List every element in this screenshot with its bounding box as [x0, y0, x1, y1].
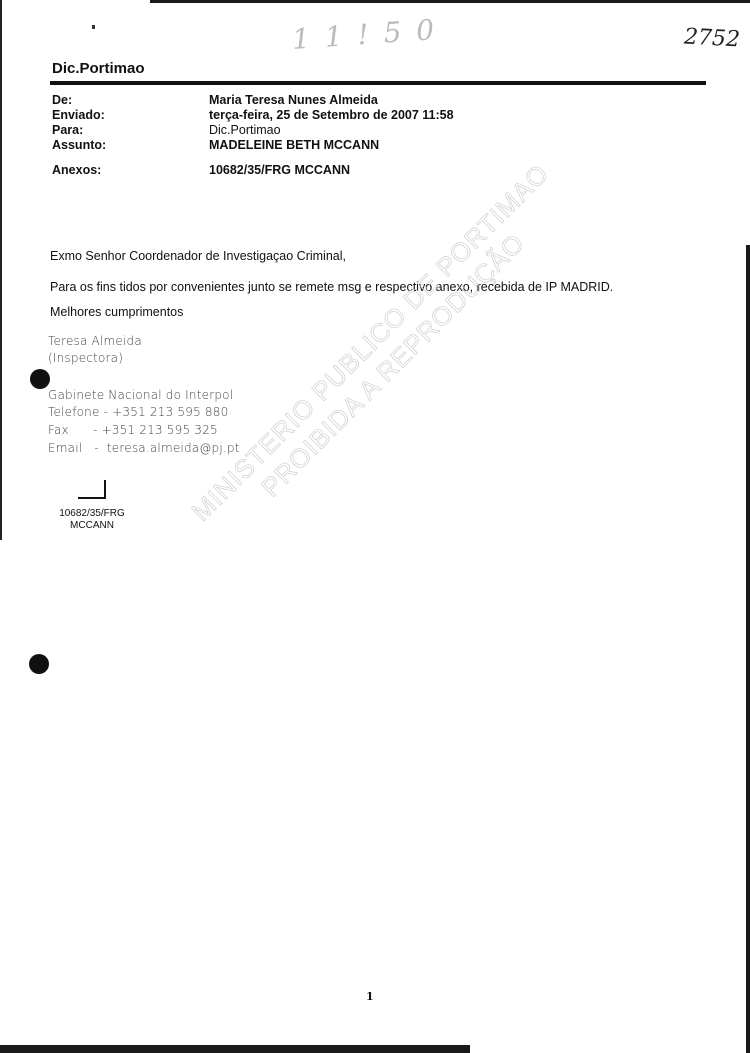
field-label: De:	[52, 93, 72, 108]
signature-fax: Fax - +351 213 595 325	[48, 423, 218, 437]
signature-email: Email - teresa.almeida@pj.pt	[48, 441, 240, 455]
scan-border-top	[150, 0, 750, 3]
scan-border-left	[0, 0, 2, 540]
field-value[interactable]: 10682/35/FRG MCCANN	[209, 163, 350, 178]
header-divider	[50, 81, 706, 85]
scan-speck	[92, 25, 95, 29]
field-value: Dic.Portimao	[209, 123, 281, 138]
attachment-label-line: MCCANN	[50, 520, 134, 532]
watermark-line: PROIBIDA A REPRODUÇÃO	[208, 180, 578, 550]
field-label: Assunto:	[52, 138, 106, 153]
punch-hole	[30, 369, 50, 389]
handwritten-page-number: 2752	[683, 25, 740, 53]
field-label: Para:	[52, 123, 83, 138]
signature-title: (Inspectora)	[48, 351, 123, 365]
greeting: Exmo Senhor Coordenador de Investigaçao …	[50, 249, 346, 263]
signature-phone: Telefone - +351 213 595 880	[48, 405, 228, 419]
watermark: MINISTERIO PUBLICO DE PORTIMAO PROIBIDA …	[185, 157, 578, 550]
attachment-label-line: 10682/35/FRG	[50, 508, 134, 520]
punch-hole	[29, 654, 49, 674]
page-number: 1	[366, 990, 374, 1003]
closing: Melhores cumprimentos	[50, 305, 183, 319]
handwritten-annotation: 1 1 ! 5 0	[291, 13, 438, 56]
scan-border-right	[746, 245, 750, 1053]
field-value: MADELEINE BETH MCCANN	[209, 138, 379, 153]
signature-office: Gabinete Nacional do Interpol	[48, 388, 233, 402]
body-paragraph: Para os fins tidos por convenientes junt…	[50, 280, 613, 294]
field-value: Maria Teresa Nunes Almeida	[209, 93, 378, 108]
attachment-icon[interactable]	[78, 480, 106, 499]
watermark-line: MINISTERIO PUBLICO DE PORTIMAO	[185, 157, 555, 527]
field-label: Enviado:	[52, 108, 105, 123]
document-header-title: Dic.Portimao	[52, 60, 145, 77]
signature-name: Teresa Almeida	[48, 334, 142, 348]
scan-border-bottom	[0, 1045, 470, 1053]
field-value: terça-feira, 25 de Setembro de 2007 11:5…	[209, 108, 454, 123]
field-label: Anexos:	[52, 163, 101, 178]
attachment-label[interactable]: 10682/35/FRG MCCANN	[50, 508, 134, 532]
